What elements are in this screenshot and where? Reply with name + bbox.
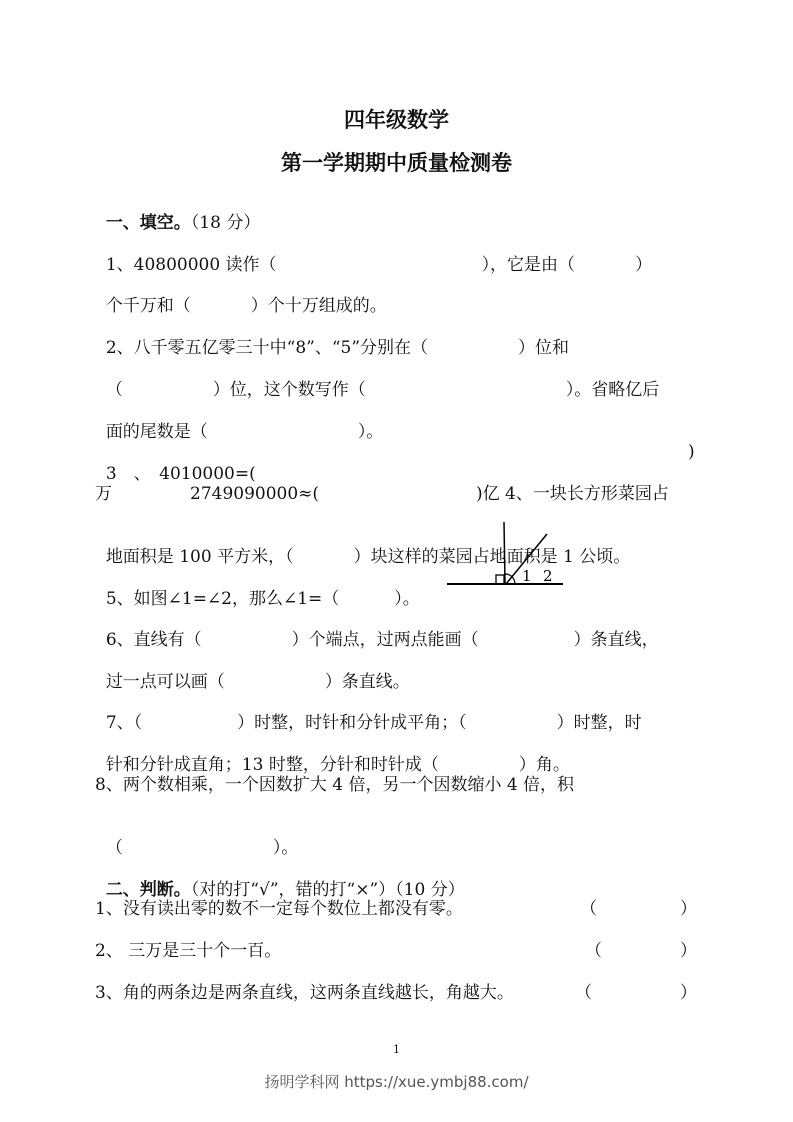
- q8-text-b: ）。: [273, 838, 299, 858]
- judge-item-2-open: （: [585, 940, 602, 962]
- question-6-line-1: 6、直线有（）个端点，过两点能画（）条直线，: [95, 607, 659, 651]
- question-7-line-2: 针和分针成直角；13 时整，分针和时针成（）角。: [95, 732, 570, 776]
- page-number: 1: [0, 1043, 793, 1056]
- section-heading-true-false: 二、判断。（对的打“√”，错的打“×”）（10 分）: [95, 857, 465, 901]
- judge-item-1-open: （: [580, 898, 597, 920]
- question-8-line-1: 8、两个数相乘，一个因数扩大 4 倍，另一个因数缩小 4 倍，积: [95, 774, 574, 796]
- judge-item-2-close: ）: [680, 940, 697, 962]
- q3-text-a: 3 、 4010000=(: [106, 464, 256, 484]
- q8-text-a: （: [106, 838, 123, 858]
- section-heading-fill-blank: 一、填空。（18 分）: [95, 190, 260, 234]
- q2-text-e: ）。省略亿后: [566, 380, 660, 400]
- q4-text-a: 地面积是 100 平方米，（: [106, 547, 294, 567]
- judge-item-3-close: ）: [680, 982, 697, 1004]
- q6-text-c: ）条直线，: [574, 630, 659, 650]
- q1-text-d: 个千万和（: [106, 296, 191, 316]
- judge-item-3-text: 3、角的两条边是两条直线，这两条直线越长，角越大。: [95, 982, 514, 1004]
- question-7-line-1: 7、（）时整，时针和分针成平角；（）时整，时: [95, 690, 642, 734]
- q2-text-f: 面的尾数是（: [106, 422, 208, 442]
- question-6-line-2: 过一点可以画（）条直线。: [95, 649, 410, 693]
- q3-text-c: )亿 4、一块长方形菜园占: [476, 483, 669, 505]
- judge-item-1-close: ）: [680, 898, 697, 920]
- q3-unit-wan: 万: [95, 483, 112, 505]
- q3-text-b: 2749090000≈(: [190, 483, 319, 505]
- site-watermark: 扬明学科网 https://xue.ymbj88.com/: [0, 1071, 793, 1092]
- document-subtitle: 第一学期期中质量检测卷: [0, 147, 793, 177]
- q2-text-c: （: [106, 380, 123, 400]
- right-angle-mark: [496, 575, 504, 584]
- q5-text-a: 5、如图∠1=∠2，那么∠1=（: [106, 589, 339, 609]
- q7-text-a: 7、（: [106, 713, 142, 733]
- section-instruction: （对的打“√”，错的打“×”）（10 分）: [191, 880, 465, 900]
- section-title: 二、判断。: [106, 880, 191, 900]
- q2-text-b: ）位和: [518, 338, 569, 358]
- angle-label-1: 1: [522, 567, 532, 585]
- question-2-line-2: （）位，这个数写作（）。省略亿后: [95, 357, 659, 401]
- question-2-line-3: 面的尾数是（）。: [95, 399, 383, 443]
- q6-text-b: ）个端点，过两点能画（: [292, 630, 479, 650]
- q2-text-d: ）位，这个数写作（: [213, 380, 366, 400]
- section-title: 一、填空。: [106, 213, 191, 233]
- q5-text-b: ）。: [394, 589, 420, 609]
- judge-item-3-open: （: [575, 982, 592, 1004]
- document-title: 四年级数学: [0, 104, 793, 134]
- q1-text-c: ）: [635, 255, 652, 275]
- angle-label-2: 2: [543, 567, 553, 585]
- question-1-line-1: 1、40800000 读作（），它是由（）: [95, 232, 652, 276]
- section-score: （18 分）: [191, 213, 261, 233]
- q7-text-d: 针和分针成直角；13 时整，分针和时针成（: [106, 755, 439, 775]
- q1-text-b: ），它是由（: [482, 255, 576, 275]
- q6-text-a: 6、直线有（: [106, 630, 202, 650]
- q6-text-e: ）条直线。: [325, 672, 410, 692]
- q2-text-a: 2、八千零五亿零三十中“8”、“5”分别在（: [106, 338, 428, 358]
- q6-text-d: 过一点可以画（: [106, 672, 225, 692]
- question-8-line-2: （）。: [95, 815, 298, 859]
- q7-text-b: ）时整，时针和分针成平角；（: [237, 713, 467, 733]
- judge-item-1-text: 1、没有读出零的数不一定每个数位上都没有零。: [95, 898, 463, 920]
- question-1-line-2: 个千万和（）个十万组成的。: [95, 273, 387, 317]
- q1-text-e: ）个十万组成的。: [251, 296, 387, 316]
- question-3-line-1: 3 、 4010000=(: [95, 441, 256, 485]
- judge-item-2-text: 2、 三万是三十个一百。: [95, 940, 281, 962]
- q3-close-paren: ): [688, 441, 695, 463]
- angle-diagram: 1 2: [440, 515, 570, 590]
- q2-text-g: ）。: [358, 422, 384, 442]
- q1-text-a: 1、40800000 读作（: [106, 255, 277, 275]
- question-5: 5、如图∠1=∠2，那么∠1=（）。: [95, 566, 420, 610]
- question-2-line-1: 2、八千零五亿零三十中“8”、“5”分别在（）位和: [95, 315, 569, 359]
- q7-text-c: ）时整，时: [557, 713, 642, 733]
- q7-text-e: ）角。: [519, 755, 570, 775]
